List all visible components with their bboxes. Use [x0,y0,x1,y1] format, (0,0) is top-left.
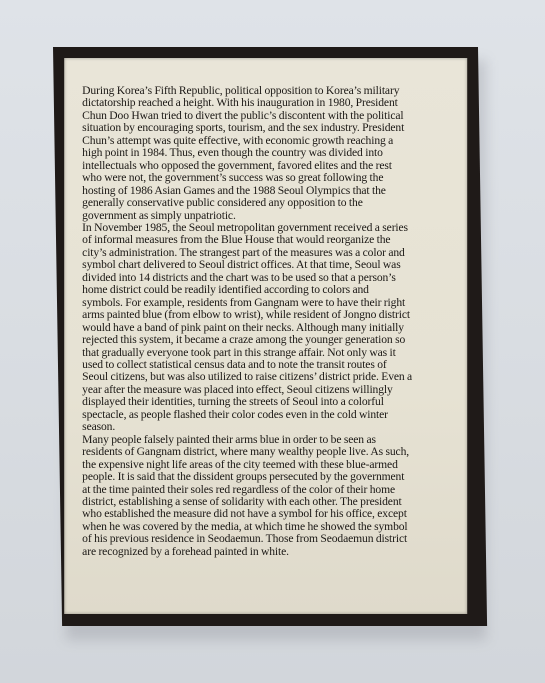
text-line: home district could be readily identifie… [82,284,453,296]
text-line: people. It is said that the dissident gr… [82,471,453,483]
picture-frame: During Korea’s Fifth Republic, political… [53,47,487,626]
text-panel: During Korea’s Fifth Republic, political… [64,58,467,614]
text-line: situation by encouraging sports, tourism… [82,122,453,134]
text-line: season. [82,421,453,433]
paragraph-november-1985: In November 1985, the Seoul metropolitan… [82,222,453,434]
text-line: who were not, the government’s success w… [82,172,453,184]
paragraph-fifth-republic: During Korea’s Fifth Republic, political… [82,85,453,222]
text-line: are recognized by a forehead painted in … [82,546,453,558]
text-line: who established the measure did not have… [82,508,453,520]
text-line: residents of Gangnam district, where man… [82,446,453,458]
text-line: high point in 1984. Thus, even though th… [82,147,453,159]
text-line: Seoul citizens, but was also utilized to… [82,371,453,383]
document-text: During Korea’s Fifth Republic, political… [82,85,453,558]
text-line: of his previous residence in Seodaemun. … [82,533,453,545]
text-line: generally conservative public considered… [82,197,453,209]
text-line: rejected this system, it became a craze … [82,334,453,346]
text-line: displayed their identities, turning the … [82,396,453,408]
text-line: arms painted blue (from elbow to wrist),… [82,309,453,321]
paragraph-gangnam: Many people falsely painted their arms b… [82,434,453,559]
text-line: spectacle, as people flashed their color… [82,409,453,421]
text-line: symbol chart delivered to Seoul district… [82,259,453,271]
